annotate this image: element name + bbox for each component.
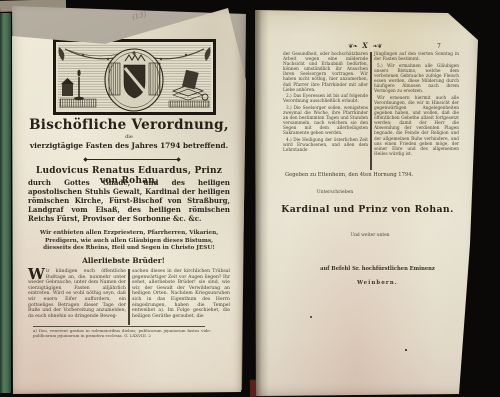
gathering-mark: X (357, 41, 372, 50)
right-column: Jünglingen auf den vierten Sonntag in de… (374, 52, 459, 170)
issuer-titles-paragraph: durch Gottes Gnade, und des heiligen apo… (28, 178, 230, 223)
title-die-line: die (26, 134, 232, 140)
paper-speck (310, 316, 312, 318)
paragraph: der Gesundheit, oder hochschätzbaren Arb… (283, 52, 368, 93)
right-page-content: ❦❧X❧❦ 7 der Gesundheit, oder hochschätzb… (255, 4, 480, 396)
divider-diamond-icon (176, 157, 180, 161)
paragraph: 5.) Wir ermahnen alle Gläubigen unsers B… (374, 64, 459, 95)
footnote-text: a) Deo, venerent gratias in solemnioribu… (33, 328, 211, 338)
greeting-heading: Allerliebste Brüder! (26, 256, 221, 265)
running-header: ❦❧X❧❦ (300, 41, 430, 50)
paper-speck (405, 349, 407, 351)
header-ornament-right-icon: ❧❦ (373, 43, 382, 50)
left-column: Wir kündigen euch öffentliche Bußtage an… (28, 269, 126, 325)
document-title: Bischöfliche Verordnung, (26, 117, 232, 133)
column-separator-rule (370, 52, 372, 170)
footnote-rule (33, 326, 205, 327)
paragraph: Jünglingen auf den vierten Sonntag in de… (374, 52, 459, 62)
two-column-body: der Gesundheit, oder hochschätzbaren Arb… (283, 52, 459, 170)
paragraph: Wir erneuern hiermit auch alle Verordnun… (374, 96, 459, 157)
section-divider (84, 157, 180, 162)
coat-of-arms-engraving-icon (53, 39, 216, 115)
book-binding-edge (0, 13, 11, 393)
header-ornament-left-icon: ❦❧ (348, 43, 357, 50)
signature-name: Kardinal und Prinz von Rohan. (255, 204, 480, 215)
left-column: der Gesundheit, oder hochschätzbaren Arb… (283, 52, 368, 170)
left-page: Bischöfliche Verordnung, die vierzigtägi… (10, 4, 246, 396)
secretary-name: Weinborn. (255, 280, 500, 286)
paragraph: 3.) Die Seelsorger sollen, wenigstens zw… (283, 106, 368, 137)
signed-label: Unterschrieben (255, 190, 415, 195)
footnote-signature-mark: G. LXXVIII. 2 (124, 333, 151, 338)
column-separator-rule (128, 269, 130, 325)
dateline: Gegeben zu Ettenheim, den 4ten Hornung 1… (285, 172, 413, 178)
two-column-body: Wir kündigen euch öffentliche Bußtage an… (28, 269, 230, 325)
address-paragraph: Wir entbieten allen Erzpriestern, Pfarrh… (39, 230, 219, 253)
photographed-document-scene: (13) (0, 0, 500, 396)
divider-rule (84, 159, 180, 160)
further-below-note: Und weiter unten (255, 233, 485, 238)
paragraph: 2.) Das Eyeressen ist bis auf folgende V… (283, 94, 368, 104)
page-number: 7 (437, 43, 441, 50)
document-subtitle: vierzigtägige Fasten des Jahres 1794 bet… (26, 141, 232, 150)
drop-cap: W (28, 269, 46, 280)
right-column-text: sachen dieses in der kirchlichen Trübsal… (132, 269, 230, 319)
right-page: ❦❧X❧❦ 7 der Gesundheit, oder hochschätzb… (255, 4, 480, 396)
right-column: sachen dieses in der kirchlichen Trübsal… (132, 269, 230, 325)
paragraph: 4.) Die Heiligung der österlichen Zeit w… (283, 138, 368, 153)
by-order-line: auf Befehl Sr. hochfürstlichen Eminenz (255, 266, 500, 272)
footnote: a) Deo, venerent gratias in solemnioribu… (33, 328, 211, 338)
